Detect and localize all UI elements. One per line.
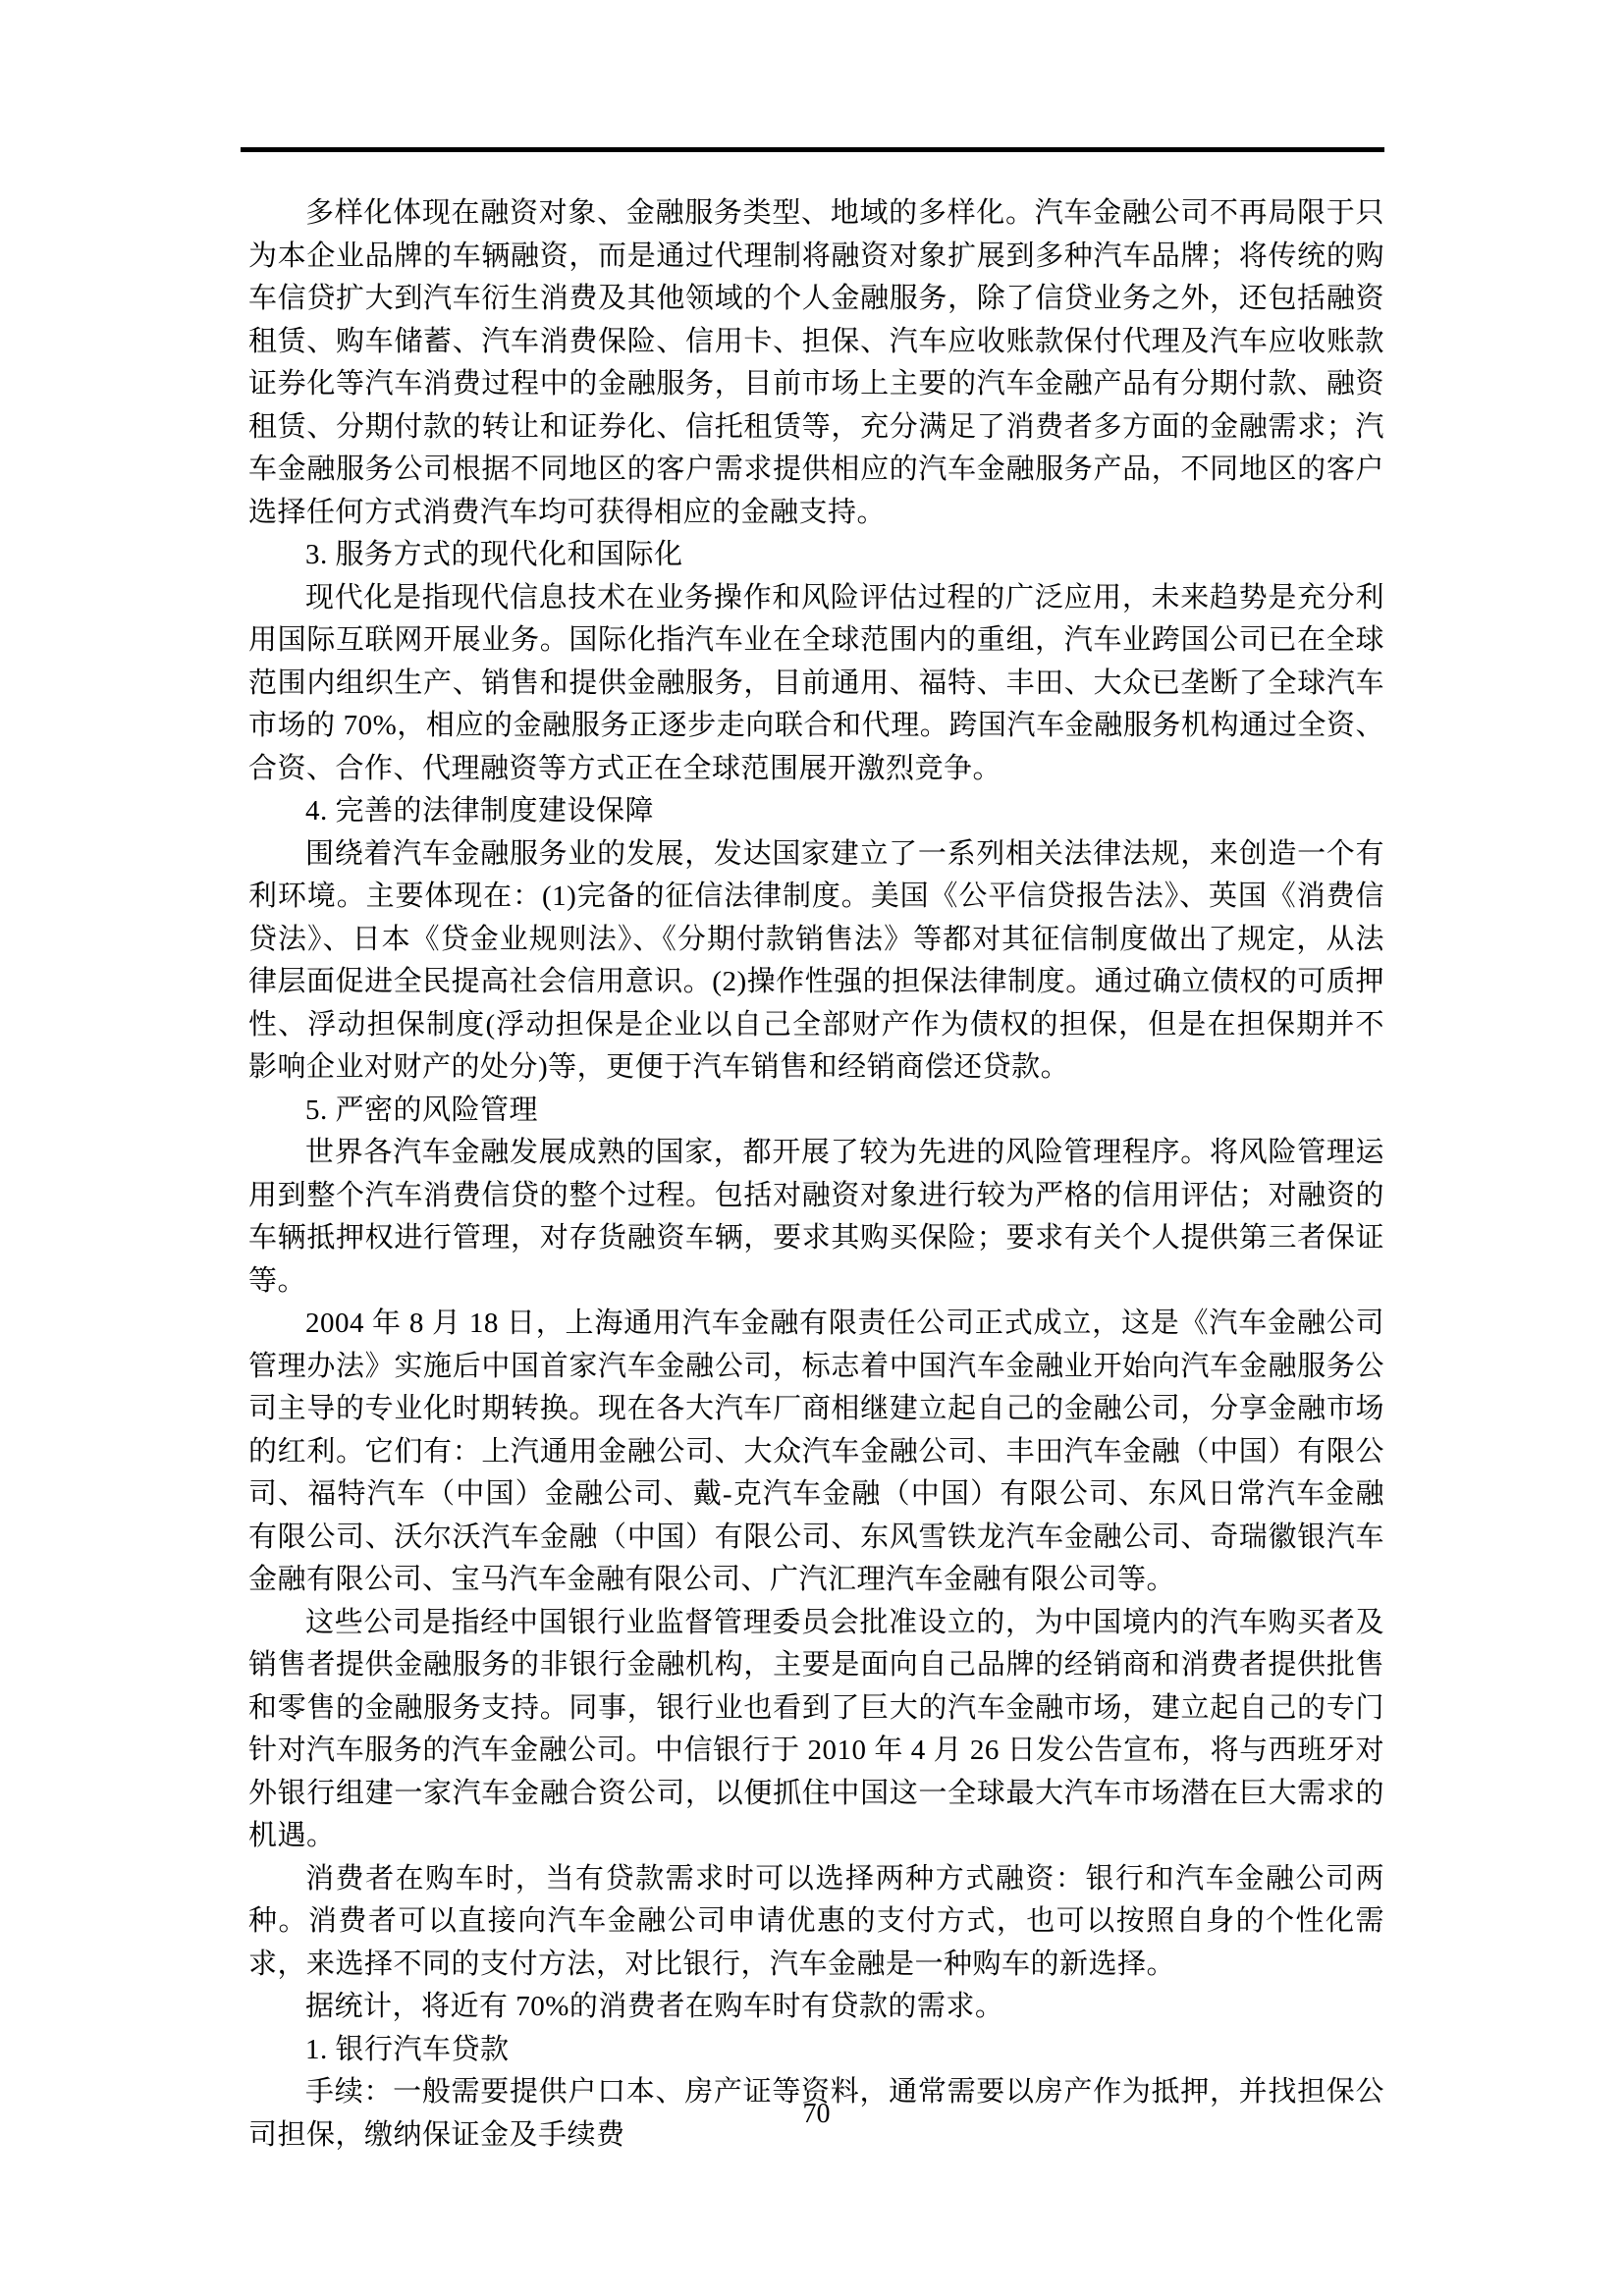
header-rule (241, 147, 1384, 152)
document-page: 多样化体现在融资对象、金融服务类型、地域的多样化。汽车金融公司不再局限于只为本企… (0, 0, 1624, 2296)
paragraph-sgm-finance-founding: 2004 年 8 月 18 日，上海通用汽车金融有限责任公司正式成立，这是《汽车… (248, 1303, 1384, 1602)
section-heading-3-modernization: 3. 服务方式的现代化和国际化 (248, 534, 1384, 577)
section-heading-5-risk-management: 5. 严密的风险管理 (248, 1090, 1384, 1133)
paragraph-diversification: 多样化体现在融资对象、金融服务类型、地域的多样化。汽车金融公司不再局限于只为本企… (248, 192, 1384, 534)
paragraph-consumer-financing-options: 消费者在购车时，当有贷款需求时可以选择两种方式融资：银行和汽车金融公司两种。消费… (248, 1858, 1384, 1987)
paragraph-risk-management: 世界各汽车金融发展成熟的国家，都开展了较为先进的风险管理程序。将风险管理运用到整… (248, 1132, 1384, 1303)
paragraph-cbrc-approved-companies: 这些公司是指经中国银行业监督管理委员会批准设立的，为中国境内的汽车购买者及销售者… (248, 1602, 1384, 1858)
section-heading-4-legal-system: 4. 完善的法律制度建设保障 (248, 790, 1384, 833)
paragraph-loan-demand-statistic: 据统计，将近有 70%的消费者在购车时有贷款的需求。 (248, 1986, 1384, 2029)
page-number: 70 (248, 2099, 1384, 2130)
document-body: 多样化体现在融资对象、金融服务类型、地域的多样化。汽车金融公司不再局限于只为本企… (248, 192, 1384, 2157)
paragraph-legal-system: 围绕着汽车金融服务业的发展，发达国家建立了一系列相关法律法规，来创造一个有利环境… (248, 833, 1384, 1090)
paragraph-modernization: 现代化是指现代信息技术在业务操作和风险评估过程的广泛应用，未来趋势是充分利用国际… (248, 577, 1384, 791)
section-heading-1-bank-auto-loan: 1. 银行汽车贷款 (248, 2029, 1384, 2072)
